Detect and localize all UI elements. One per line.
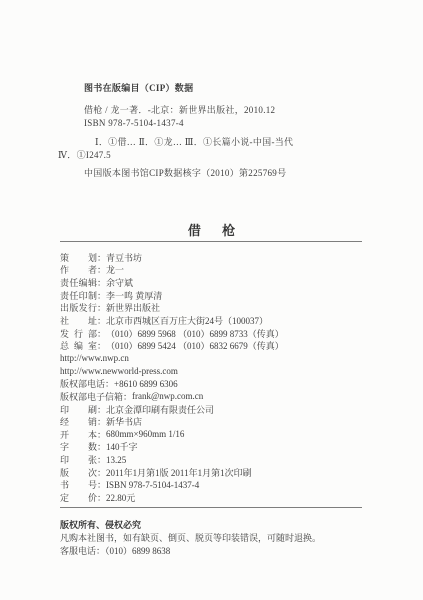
- colophon-row-editor: 责任编辑：余守斌: [60, 276, 373, 289]
- row-value: 青豆书坊: [106, 251, 142, 264]
- row-value: +8610 6899 6306: [114, 379, 178, 389]
- colophon-row-printer: 印刷：北京金潭印刷有限责任公司: [60, 403, 373, 416]
- row-value: ISBN 978-7-5104-1437-4: [106, 480, 199, 490]
- page-title: 借 枪: [0, 220, 423, 239]
- website-url: http://www.nwp.cn: [60, 353, 129, 363]
- row-label: 版权部电话: [60, 377, 105, 390]
- row-label: 版次: [60, 466, 97, 479]
- website-url: http://www.newworld-press.com: [60, 366, 178, 376]
- colophon-row-copyright-phone: 版权部电话：+8610 6899 6306: [60, 377, 373, 390]
- row-label: 定价: [60, 491, 97, 504]
- copyright-warning: 版权所有、侵权必究: [60, 519, 373, 532]
- row-label: 版权部电子信箱: [60, 390, 123, 403]
- service-phone: 客服电话：（010）6899 8638: [60, 545, 373, 558]
- row-value: frank@nwp.com.cn: [132, 391, 203, 401]
- label-colon: ：: [97, 314, 106, 327]
- row-value: 余守斌: [106, 276, 133, 289]
- colophon-row-website-newworld: http://www.newworld-press.com: [60, 365, 373, 378]
- row-value: （010）6899 5424 （010）6832 6679（传真）: [106, 339, 284, 352]
- colophon-row-publisher: 出版发行：新世界出版社: [60, 302, 373, 315]
- row-label: 开本: [60, 428, 97, 441]
- row-value: 140千字: [106, 440, 138, 453]
- row-value: 22.80元: [106, 491, 135, 504]
- colophon-row-copyright-email: 版权部电子信箱：frank@nwp.com.cn: [60, 390, 373, 403]
- row-label: 作者: [60, 263, 97, 276]
- colophon-row-format: 开本：680mm×960mm 1/16: [60, 428, 373, 441]
- row-value: 龙一: [106, 263, 124, 276]
- notice-block: 版权所有、侵权必究 凡购本社图书，如有缺页、倒页、脱页等印装错误，可随时退换。 …: [60, 519, 373, 558]
- cip-classification-line: Ⅰ．①借… Ⅱ．①龙… Ⅲ．①长篇小说-中国-当代: [58, 136, 373, 149]
- row-label: 印张: [60, 453, 97, 466]
- row-value: 北京市西城区百万庄大街24号（100037）: [106, 314, 268, 327]
- colophon-row-word-count: 字数：140千字: [60, 441, 373, 454]
- colophon-row-print-supervisor: 责任印制：李一鸣 黄厚清: [60, 289, 373, 302]
- label-colon: ：: [97, 428, 106, 441]
- row-label: 策划: [60, 251, 97, 264]
- row-label: 字数: [60, 440, 97, 453]
- label-colon: ：: [97, 251, 106, 264]
- row-value: 680mm×960mm 1/16: [106, 429, 184, 439]
- colophon-row-distributor: 经销：新华书店: [60, 415, 373, 428]
- label-colon: ：: [97, 327, 106, 340]
- label-colon: ：: [97, 276, 106, 289]
- colophon-row-price: 定价：22.80元: [60, 491, 373, 504]
- label-colon: ：: [97, 263, 106, 276]
- cip-classification-line2: Ⅳ．①I247.5: [58, 149, 373, 162]
- copyright-page: 图书在版编目（CIP）数据 借枪 / 龙一著．-北京：新世界出版社，2010.1…: [0, 0, 423, 600]
- label-colon: ：: [123, 390, 132, 403]
- row-label: 印刷: [60, 403, 97, 416]
- colophon-row-edition: 版次：2011年1月第1版 2011年1月第1次印刷: [60, 466, 373, 479]
- label-colon: ：: [97, 403, 106, 416]
- row-label: 发行部: [60, 327, 97, 340]
- row-value: 2011年1月第1版 2011年1月第1次印刷: [106, 466, 252, 479]
- row-value: 13.25: [106, 455, 126, 465]
- row-value: （010）6899 5968 （010）6899 8733（传真）: [106, 327, 284, 340]
- colophon-row-author: 作者：龙一: [60, 264, 373, 277]
- divider-top: [60, 241, 362, 242]
- colophon-row-website-nwp: http://www.nwp.cn: [60, 352, 373, 365]
- cip-header: 图书在版编目（CIP）数据: [58, 82, 373, 95]
- row-label: 责任印制: [60, 289, 97, 302]
- colophon-row-address: 社址：北京市西城区百万庄大街24号（100037）: [60, 314, 373, 327]
- row-label: 出版发行: [60, 301, 97, 314]
- colophon-row-sheets: 印张：13.25: [60, 453, 373, 466]
- cip-isbn-line: ISBN 978-7-5104-1437-4: [58, 117, 373, 130]
- label-colon: ：: [97, 339, 106, 352]
- label-colon: ：: [105, 377, 114, 390]
- return-policy: 凡购本社图书，如有缺页、倒页、脱页等印装错误，可随时退换。: [60, 532, 373, 545]
- label-colon: ：: [97, 301, 106, 314]
- row-value: 北京金潭印刷有限责任公司: [106, 403, 214, 416]
- colophon-row-editorial-office: 总编室：（010）6899 5424 （010）6832 6679（传真）: [60, 339, 373, 352]
- label-colon: ：: [97, 453, 106, 466]
- label-colon: ：: [97, 415, 106, 428]
- row-label: 总编室: [60, 339, 97, 352]
- label-colon: ：: [97, 491, 106, 504]
- label-colon: ：: [97, 440, 106, 453]
- colophon-row-distribution-dept: 发行部：（010）6899 5968 （010）6899 8733（传真）: [60, 327, 373, 340]
- cip-record-line: 借枪 / 龙一著．-北京：新世界出版社，2010.12: [58, 104, 373, 117]
- row-label: 书号: [60, 478, 97, 491]
- colophon-row-planning: 策划：青豆书坊: [60, 251, 373, 264]
- row-value: 新华书店: [106, 415, 142, 428]
- label-colon: ：: [97, 289, 106, 302]
- colophon-row-book-number: 书号：ISBN 978-7-5104-1437-4: [60, 479, 373, 492]
- cip-block: 图书在版编目（CIP）数据 借枪 / 龙一著．-北京：新世界出版社，2010.1…: [58, 82, 373, 180]
- row-value: 李一鸣 黄厚清: [106, 289, 162, 302]
- label-colon: ：: [97, 478, 106, 491]
- row-label: 责任编辑: [60, 276, 97, 289]
- label-colon: ：: [97, 466, 106, 479]
- row-label: 社址: [60, 314, 97, 327]
- cip-registry-line: 中国版本图书馆CIP数据核字（2010）第225769号: [58, 167, 373, 180]
- row-label: 经销: [60, 415, 97, 428]
- row-value: 新世界出版社: [106, 301, 160, 314]
- colophon-block: 策划：青豆书坊 作者：龙一 责任编辑：余守斌 责任印制：李一鸣 黄厚清 出版发行…: [60, 251, 373, 504]
- divider-bottom: [60, 507, 362, 508]
